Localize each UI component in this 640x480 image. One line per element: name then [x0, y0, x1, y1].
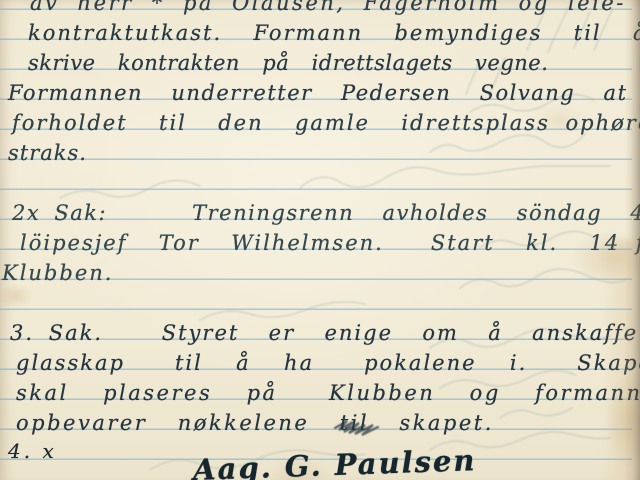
page-edge	[625, 0, 640, 480]
handwriting-line-10: 3. Sak. Styret er enige om å anskaffe et…	[10, 320, 640, 346]
item-4-marker: 4. x	[8, 438, 57, 464]
handwriting-line-2: kontraktutkast. Formann bemyndiges til å…	[28, 20, 640, 46]
handwriting-line-12: skal plaseres på Klubben og formannen	[16, 380, 640, 406]
notebook-page: av herr * på Olausen, Fagerholm og leie-…	[0, 0, 640, 480]
handwriting-line-5: forholdet til den gamle idrettsplass oph…	[12, 110, 640, 136]
handwriting-line-11: glasskap til å ha pokalene i. Skapet-	[16, 350, 640, 376]
handwriting-line-9: Klubben.	[2, 260, 113, 286]
handwriting-line-3: skrive kontrakten på idrettslagets vegne…	[28, 50, 548, 76]
handwriting-line-13: opbevarer nøkkelene til skapet.	[16, 410, 494, 436]
handwriting-line-7: 2x Sak: Treningsrenn avholdes söndag 4/2…	[12, 200, 640, 226]
handwriting-line-4: Formannen underretter Pedersen Solvang a…	[8, 80, 640, 106]
handwriting-line-8: löipesjef Tor Wilhelmsen. Start kl. 14 f…	[20, 230, 640, 256]
handwriting-line-6: straks.	[8, 140, 87, 166]
handwriting-line-1: av herr * på Olausen, Fagerholm og leie-	[30, 0, 626, 16]
